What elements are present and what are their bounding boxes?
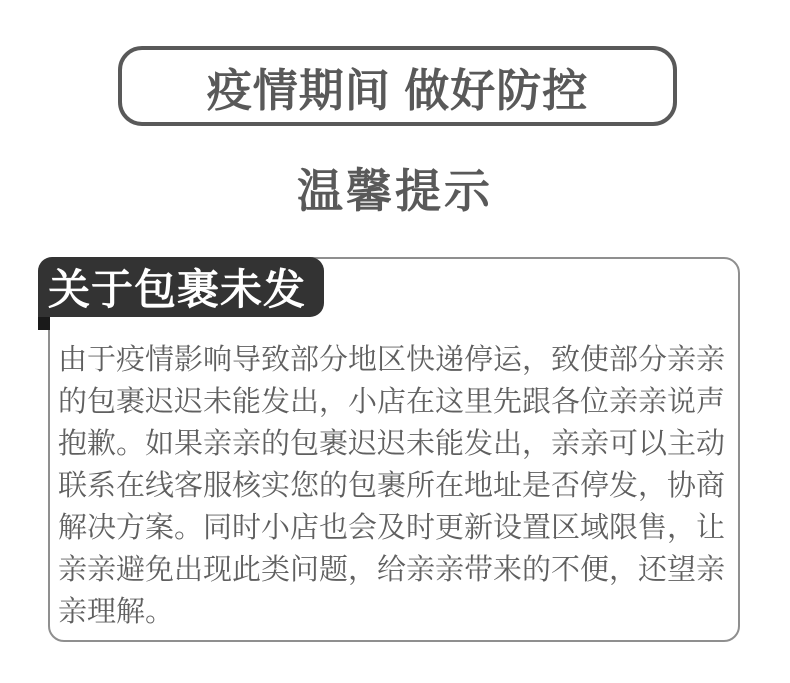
notice-page: 疫情期间 做好防控 温馨提示 由于疫情影响导致部分地区快递停运，致使部分亲亲的包… xyxy=(0,0,790,683)
notice-body-line: 联系在线客服核实您的包裹所在地址是否停发，协商 xyxy=(58,465,730,507)
notice-body-line: 亲亲避免出现此类问题，给亲亲带来的不便，还望亲 xyxy=(58,549,730,591)
page-subtitle: 温馨提示 xyxy=(0,155,790,221)
notice-card-title-badge: 关于包裹未发 xyxy=(38,257,324,317)
notice-body-line: 由于疫情影响导致部分地区快递停运，致使部分亲亲 xyxy=(58,339,730,381)
notice-body-line: 亲理解。 xyxy=(58,591,730,633)
banner-pill: 疫情期间 做好防控 xyxy=(118,46,677,126)
notice-body-line: 抱歉。如果亲亲的包裹迟迟未能发出，亲亲可以主动 xyxy=(58,423,730,465)
notice-body: 由于疫情影响导致部分地区快递停运，致使部分亲亲的包裹迟迟未能发出，小店在这里先跟… xyxy=(58,339,730,633)
notice-card-title: 关于包裹未发 xyxy=(48,257,306,317)
ribbon-fold xyxy=(38,315,50,330)
notice-body-line: 的包裹迟迟未能发出，小店在这里先跟各位亲亲说声 xyxy=(58,381,730,423)
banner-text: 疫情期间 做好防控 xyxy=(207,54,589,119)
notice-body-line: 解决方案。同时小店也会及时更新设置区域限售，让 xyxy=(58,507,730,549)
